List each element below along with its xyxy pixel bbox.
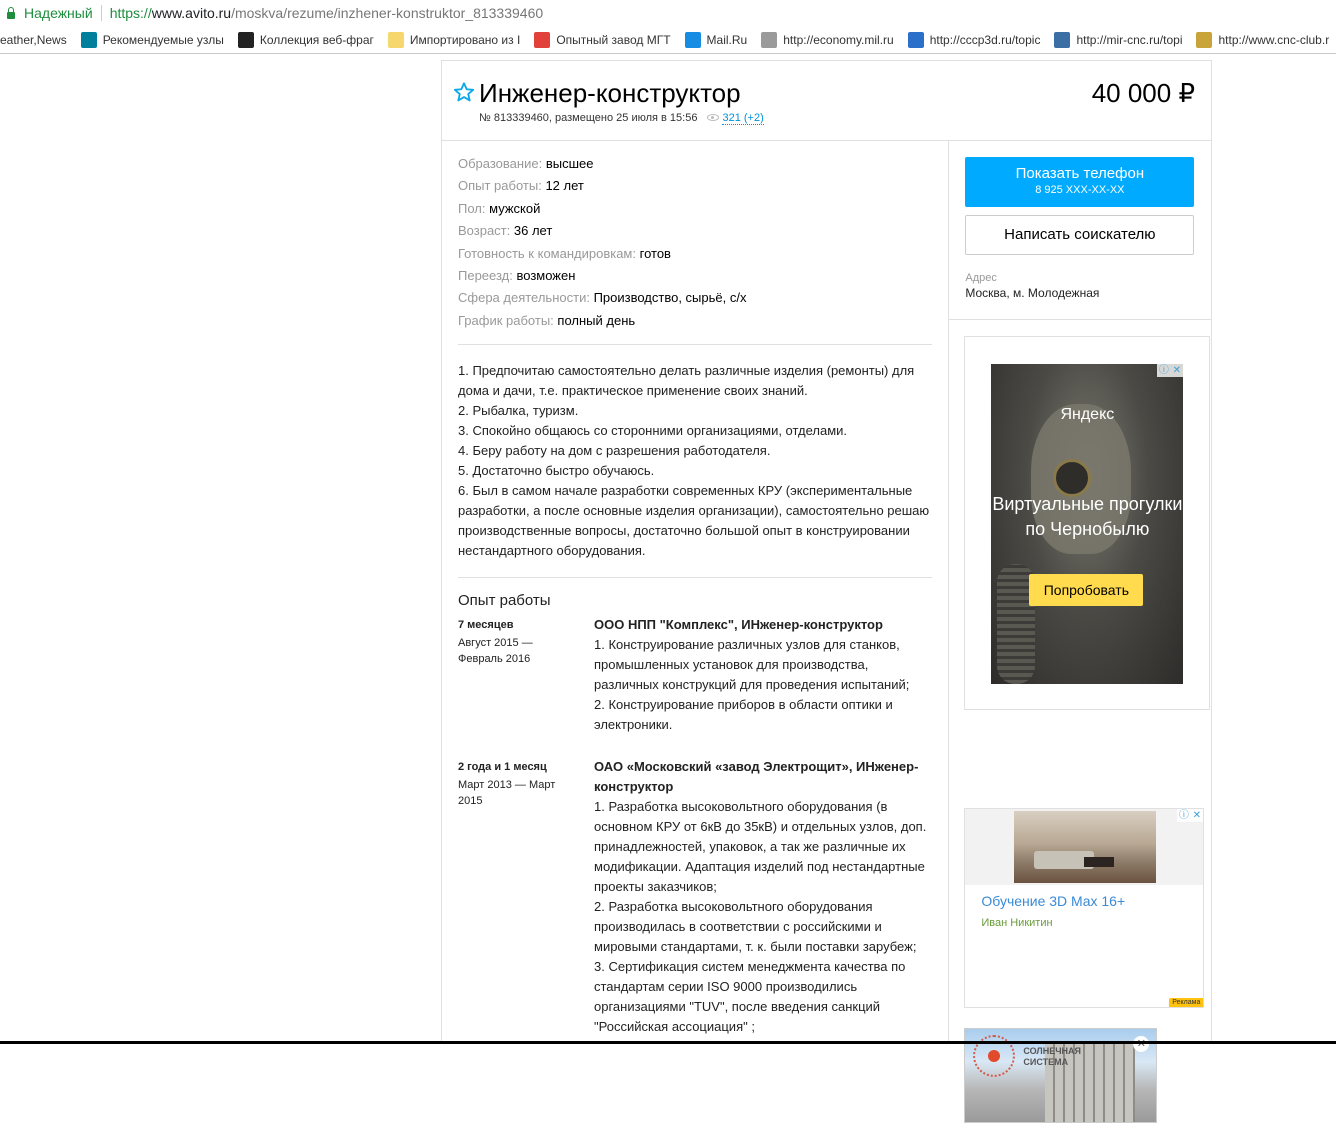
lock-icon [7,12,15,19]
bookmark-item[interactable]: http://mir-cnc.ru/topi [1054,26,1182,54]
page-title: Инженер-конструктор [479,78,741,109]
phone-masked: 8 925 XXX-XX-XX [965,184,1194,196]
experience-line: 2. Разработка высоковольтного оборудован… [594,897,932,957]
bookmark-item[interactable]: Коллекция веб-фраг [238,26,374,54]
bookmark-item[interactable]: Импортировано из I [388,26,520,54]
bookmark-label: http://cccp3d.ru/topic [930,33,1041,47]
experience-company: ООО НПП "Комплекс", ИНженер-конструктор [594,615,932,635]
ad-image-wrap: ⓘ ✕ [965,809,1203,885]
ad-image: ⓘ ✕ Яндекс Виртуальные прогулки по Черно… [991,364,1183,684]
write-applicant-button[interactable]: Написать соискателю [965,215,1194,255]
bookmark-item[interactable]: Рекомендуемые узлы [81,26,224,54]
ad-controls: ⓘ ✕ [1177,809,1203,822]
param-value: Производство, сырьё, с/х [594,290,747,305]
info-icon[interactable]: ⓘ [1157,364,1170,377]
param-row: Образование: высшее [458,153,932,175]
param-row: Готовность к командировкам: готов [458,243,932,265]
favorite-star-icon[interactable] [453,81,475,103]
bookmarks-bar: eather,NewsРекомендуемые узлыКоллекция в… [0,26,1336,54]
close-icon[interactable]: ✕ [1190,809,1203,822]
ad-title-link[interactable]: Обучение 3D Max 16+ [981,893,1125,909]
eye-icon [707,114,719,121]
param-row: Сфера деятельности: Производство, сырьё,… [458,287,932,309]
params-list: Образование: высшееОпыт работы: 12 летПо… [458,153,932,332]
secure-label: Надежный [24,5,93,21]
ad-author: Иван Никитин [981,917,1052,929]
experience-dates: 2 года и 1 месяцМарт 2013 — Март 2015 [458,757,594,1037]
bookmark-item[interactable]: Опытный завод МГТ [534,26,670,54]
views-count[interactable]: 321 (+2) [722,112,763,125]
param-key: Готовность к командировкам: [458,246,636,261]
bookmark-item[interactable]: http://cccp3d.ru/topic [908,26,1041,54]
experience-duration: 7 месяцев [458,617,594,633]
address-label: Адрес [965,272,1195,284]
about-line: 3. Спокойно общаюсь со сторонними органи… [458,421,932,441]
price: 40 000 ₽ [1092,78,1195,109]
param-key: Опыт работы: [458,178,542,193]
bookmark-label: http://mir-cnc.ru/topi [1076,33,1182,47]
ad-badge: Реклама [1169,998,1203,1007]
param-value: полный день [557,313,635,328]
about-line: 2. Рыбалка, туризм. [458,401,932,421]
listing-id-date: № 813339460, размещено 25 июля в 15:56 [479,112,697,124]
param-value: возможен [516,268,575,283]
experience-company: ОАО «Московский «завод Электрощит», ИНже… [594,757,932,797]
experience-description: ОАО «Московский «завод Электрощит», ИНже… [594,757,932,1037]
address-bar[interactable]: Надежный https://www.avito.ru/moskva/rez… [0,0,1336,26]
ad-image-interior [1014,811,1156,883]
param-value: высшее [546,156,594,171]
about-line: 4. Беру работу на дом с разрешения работ… [458,441,932,461]
param-key: Переезд: [458,268,513,283]
param-row: Пол: мужской [458,198,932,220]
param-key: Образование: [458,156,542,171]
experience-line: 3. Сертификация систем менеджмента качес… [594,957,932,1037]
contact-block: Показать телефон 8 925 XXX-XX-XX Написат… [949,141,1211,320]
resume-card: Инженер-конструктор № 813339460, размеще… [441,60,1212,1044]
close-icon[interactable]: ✕ [1170,364,1183,377]
webslice-icon [238,32,254,48]
ad-cta-button[interactable]: Попробовать [1029,574,1143,606]
url-field[interactable]: https://www.avito.ru/moskva/rezume/inzhe… [110,5,543,21]
divider [101,5,102,21]
param-key: Возраст: [458,223,510,238]
param-value: мужской [489,201,540,216]
url-scheme: https:// [110,5,152,21]
divider [458,577,932,578]
listing-header: Инженер-конструктор № 813339460, размеще… [442,61,1211,141]
address-value: Москва, м. Молодежная [965,286,1195,300]
url-host: www.avito.ru [152,5,231,21]
info-icon[interactable]: ⓘ [1177,809,1190,822]
experience-period: Март 2013 — Март 2015 [458,777,558,809]
param-row: Опыт работы: 12 лет [458,175,932,197]
bookmark-label: Опытный завод МГТ [556,33,670,47]
about-line: 1. Предпочитаю самостоятельно делать раз… [458,361,932,401]
emblem-icon [761,32,777,48]
bookmark-label: http://www.cnc-club.r [1218,33,1329,47]
bookmark-label: eather,News [0,33,67,47]
experience-period: Август 2015 — Февраль 2016 [458,635,558,667]
listing-meta: № 813339460, размещено 25 июля в 15:5632… [479,112,764,124]
bookmark-label: http://economy.mil.ru [783,33,893,47]
bookmark-label: Mail.Ru [707,33,748,47]
sidebar: Показать телефон 8 925 XXX-XX-XX Написат… [949,141,1211,1044]
experience-line: 1. Конструирование различных узлов для с… [594,635,932,695]
experience-description: ООО НПП "Комплекс", ИНженер-конструктор1… [594,615,932,735]
experience-item: 2 года и 1 месяцМарт 2013 — Март 2015ОАО… [458,757,932,1037]
bookmark-item[interactable]: http://www.cnc-club.r [1196,26,1329,54]
bookmark-item[interactable]: http://economy.mil.ru [761,26,893,54]
bookmark-item[interactable]: eather,News [0,26,67,54]
param-value: готов [640,246,671,261]
direct-ad[interactable]: ⓘ ✕ Обучение 3D Max 16+ Иван Никитин Рек… [964,808,1204,1008]
shield-icon [534,32,550,48]
experience-item: 7 месяцевАвгуст 2015 — Февраль 2016ООО Н… [458,615,932,735]
bookmark-label: Импортировано из I [410,33,520,47]
pencil-icon [1196,32,1212,48]
globe-icon [1054,32,1070,48]
param-value: 36 лет [514,223,552,238]
bookmark-label: Коллекция веб-фраг [260,33,374,47]
experience-dates: 7 месяцевАвгуст 2015 — Февраль 2016 [458,615,594,735]
url-path: /moskva/rezume/inzhener-konstruktor_8133… [231,5,543,21]
ad-headline: Виртуальные прогулки по Чернобылю [991,492,1183,542]
param-key: Пол: [458,201,486,216]
yandex-logo: Яндекс [991,406,1183,424]
show-phone-label: Показать телефон [965,165,1194,182]
folder-icon [388,32,404,48]
table-shape [1084,857,1114,867]
about-line: 6. Был в самом начале разработки совреме… [458,481,932,561]
param-row: Возраст: 36 лет [458,220,932,242]
experience-line: 1. Разработка высоковольтного оборудован… [594,797,932,897]
yandex-ad[interactable]: ⓘ ✕ Яндекс Виртуальные прогулки по Черно… [964,336,1210,710]
bookmark-label: Рекомендуемые узлы [103,33,224,47]
about-line: 5. Достаточно быстро обучаюсь. [458,461,932,481]
param-row: График работы: полный день [458,310,932,332]
resume-details: Образование: высшееОпыт работы: 12 летПо… [442,141,949,1044]
divider [458,344,932,345]
bing-icon [81,32,97,48]
show-phone-button[interactable]: Показать телефон 8 925 XXX-XX-XX [965,157,1194,207]
param-row: Переезд: возможен [458,265,932,287]
ad-controls: ⓘ ✕ [1157,364,1183,377]
experience-duration: 2 года и 1 месяц [458,759,594,775]
mailru-icon [685,32,701,48]
bookmark-item[interactable]: Mail.Ru [685,26,748,54]
check-icon [908,32,924,48]
param-value: 12 лет [545,178,583,193]
experience-heading: Опыт работы [458,592,932,609]
param-key: Сфера деятельности: [458,290,590,305]
about-text: 1. Предпочитаю самостоятельно делать раз… [458,361,932,561]
param-key: График работы: [458,313,554,328]
experience-list: 7 месяцевАвгуст 2015 — Февраль 2016ООО Н… [458,615,932,1037]
experience-line: 2. Конструирование приборов в области оп… [594,695,932,735]
